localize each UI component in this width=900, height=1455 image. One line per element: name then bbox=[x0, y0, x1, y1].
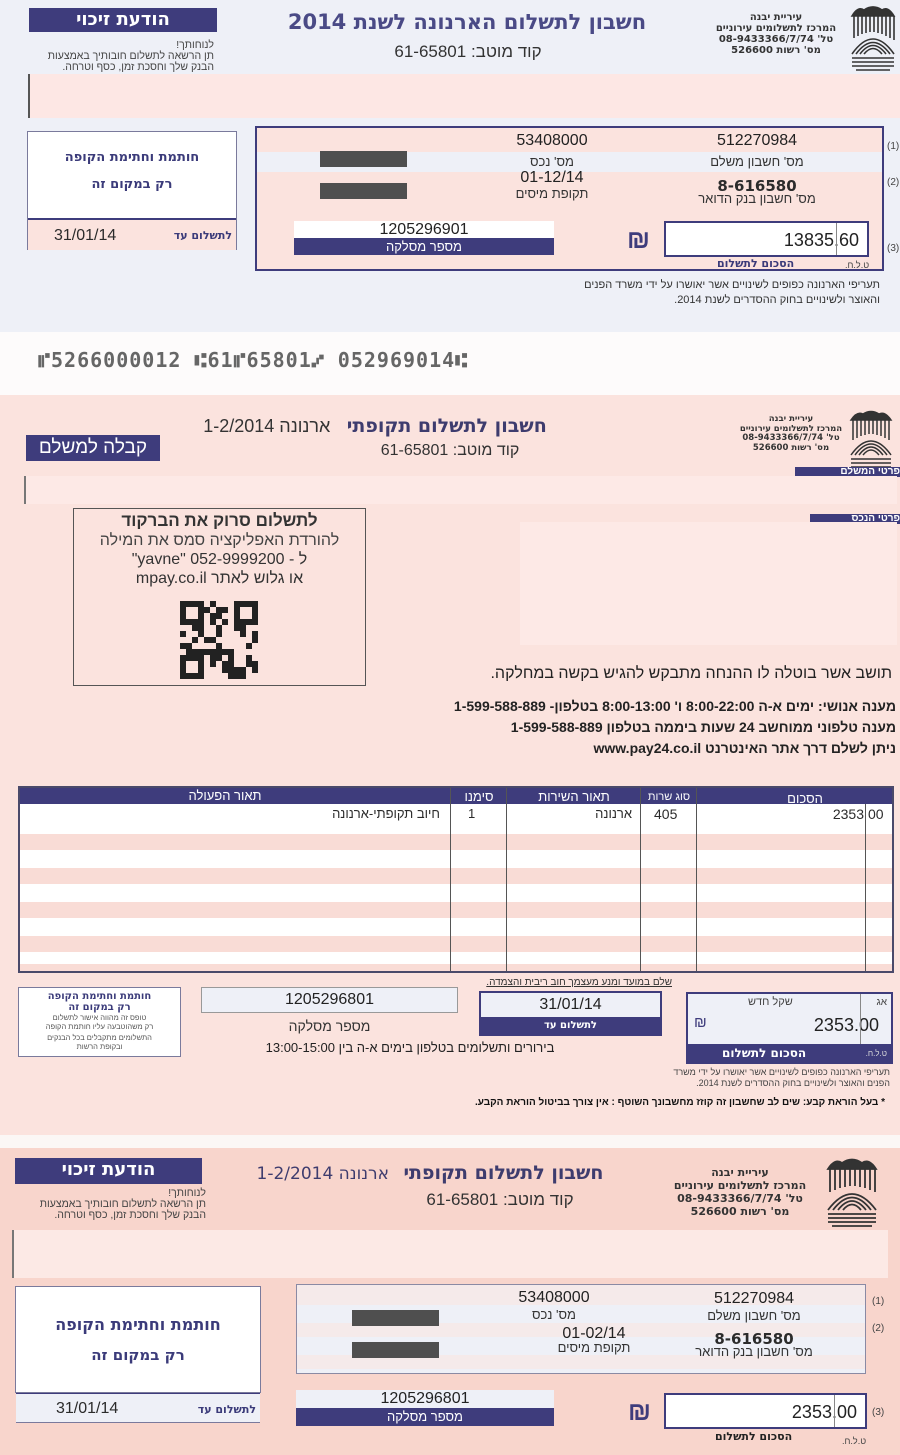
property-number: 53408000 bbox=[479, 1289, 629, 1307]
table-row: חיוב תקופתי-ארנונה 1 ארנונה 405 2353 00 bbox=[20, 806, 892, 824]
pay-until-label: לתשלום עד bbox=[174, 229, 232, 242]
standing-order-note: * בעל הוראת קבע: שים לב שחשבון זה קוזז מ… bbox=[380, 1097, 885, 1108]
table-header: תאור הפעולה סימנו תאור השירות סוג שרות ה… bbox=[20, 788, 892, 804]
amount-due-box: 2353.00 bbox=[664, 1393, 867, 1429]
contact-info: מענה אנושי: ימים א-ה 8:00-22:00 ו' 8:00-… bbox=[330, 696, 896, 759]
bill-title: חשבון לתשלום תקופתי ארנונה 1-2/2014 bbox=[170, 415, 580, 437]
inquiries-hours: בירורים ותשלומים בטלפון בימים א-ה בין 13… bbox=[240, 1040, 580, 1055]
periodic-bill-receipt: עיריית יבנה המרכז לתשלומים עירוניים טל' … bbox=[0, 395, 900, 1135]
shekel-icon: ₪ bbox=[627, 224, 650, 255]
clearing-number-box: 1205296801 bbox=[201, 987, 458, 1013]
discount-notice: תושב אשר בוטלה לו ההנחה מתבקש להגיש בקשה… bbox=[360, 665, 892, 683]
pay-until-label: לתשלום עד bbox=[198, 1403, 256, 1416]
amount-due: 13835.60 bbox=[784, 230, 859, 251]
beneficiary-code: קוד מוטב: 61-65801 bbox=[410, 1190, 590, 1210]
payer-receipt-badge: קבלה למשלם bbox=[26, 435, 160, 461]
redacted-field bbox=[320, 183, 407, 199]
payment-details-box: 53408000 512270984 מס' נכס מס' חשבון משל… bbox=[255, 126, 884, 271]
payer-address-redacted bbox=[24, 476, 897, 504]
direct-debit-notice: לנוחותך! תן הרשאה לתשלום חובותיך באמצעות… bbox=[10, 1188, 206, 1221]
pay-until-date: 31/01/14 bbox=[481, 993, 660, 1017]
redacted-field bbox=[352, 1310, 439, 1326]
cashier-stamp-box: חותמת וחתימת הקופה רק במקום זה טופס זה מ… bbox=[18, 987, 181, 1057]
shekel-icon: ₪ bbox=[694, 1014, 707, 1031]
credit-notice-badge: הודעת זיכוי bbox=[29, 8, 217, 32]
redacted-field bbox=[320, 151, 407, 167]
bill-title: חשבון לתשלום תקופתי ארנונה 1-2/2014 bbox=[230, 1162, 630, 1184]
property-number: 53408000 bbox=[477, 132, 627, 150]
tax-period: 01-12/14 bbox=[477, 169, 627, 187]
bill-title: חשבון לתשלום הארנונה לשנת 2014 bbox=[278, 10, 656, 34]
clearing-number-box: 1205296901 מספר מסלקה bbox=[294, 221, 554, 255]
pay-until-date: 31/01/14 bbox=[56, 1400, 118, 1418]
amount-due-box: 13835.60 bbox=[664, 221, 869, 257]
tariff-note: תעריפי הארנונה כפופים לשינויים אשר יאושר… bbox=[590, 1067, 890, 1089]
late-payment-note: שלם במועד ומנע מעצמך חוב ריבית והצמדה. bbox=[450, 977, 672, 988]
issuer-info: עיריית יבנה המרכז לתשלומים עירוניים טל' … bbox=[660, 1166, 820, 1218]
property-details-redacted bbox=[520, 522, 897, 645]
credit-notice-annual: עיריית יבנה המרכז לתשלומים עירוניים טל' … bbox=[0, 0, 900, 332]
payment-details-box: 53408000 512270984 מס' נכס מס' חשבון משל… bbox=[296, 1284, 866, 1374]
issuer-info: עיריית יבנה המרכז לתשלומים עירוניים טל' … bbox=[735, 415, 847, 453]
qr-code[interactable] bbox=[180, 601, 258, 679]
issuer-info: עיריית יבנה המרכז לתשלומים עירוניים טל' … bbox=[706, 12, 846, 56]
address-field-redacted bbox=[28, 74, 900, 118]
shekel-icon: ₪ bbox=[628, 1396, 651, 1427]
tariff-note: תעריפי הארנונה כפופים לשינויים אשר יאושר… bbox=[500, 278, 880, 308]
micr-line: ⑈5266000012 ⑆61⑈65801⑇ 052969014⑆ bbox=[38, 348, 468, 372]
pay-until-row: 31/01/14 לתשלום עד bbox=[28, 218, 236, 250]
pay-until-box: 31/01/14 לתשלום עד bbox=[479, 991, 662, 1036]
address-field-redacted bbox=[12, 1230, 888, 1278]
amount-due-box: שקל חדש אג ₪ 2353.00 הסכום לתשלום ט.ל.ח. bbox=[686, 992, 893, 1064]
qr-payment-box: לתשלום סרוק את הברקוד להורדת האפליקציה ס… bbox=[73, 508, 366, 686]
beneficiary-code: קוד מוטב: 61-65801 bbox=[378, 42, 558, 62]
credit-notice-badge: הודעת זיכוי bbox=[15, 1158, 202, 1184]
micr-strip: ⑈5266000012 ⑆61⑈65801⑇ 052969014⑆ bbox=[0, 332, 900, 395]
pay-until-date: 31/01/14 bbox=[54, 227, 116, 245]
credit-notice-periodic: עיריית יבנה המרכז לתשלומים עירוניים טל' … bbox=[0, 1148, 900, 1455]
payer-account-number: 512270984 bbox=[682, 132, 832, 150]
cashier-stamp-box: חותמת וחתימת הקופה רק במקום זה 31/01/14 … bbox=[27, 131, 237, 250]
clearing-number-box: 1205296801 מספר מסלקה bbox=[296, 1390, 554, 1426]
beneficiary-code: קוד מוטב: 61-65801 bbox=[360, 442, 540, 460]
pay-until-row: 31/01/14 לתשלום עד bbox=[16, 1393, 260, 1423]
yavne-logo-icon bbox=[823, 1156, 881, 1228]
payer-account-number: 512270984 bbox=[679, 1290, 829, 1308]
redacted-field bbox=[352, 1342, 439, 1358]
amount-due: 2353.00 bbox=[792, 1402, 857, 1423]
yavne-logo-icon bbox=[848, 4, 898, 74]
direct-debit-notice: לנוחותך! תן הרשאה לתשלום חובותיך באמצעות… bbox=[20, 40, 214, 73]
yavne-logo-icon bbox=[848, 409, 894, 473]
charges-table: תאור הפעולה סימנו תאור השירות סוג שרות ה… bbox=[18, 786, 894, 973]
amount-due: 2353.00 bbox=[814, 1015, 879, 1036]
cashier-stamp-box: חותמת וחתימת הקופה רק במקום זה 31/01/14 … bbox=[15, 1286, 261, 1393]
